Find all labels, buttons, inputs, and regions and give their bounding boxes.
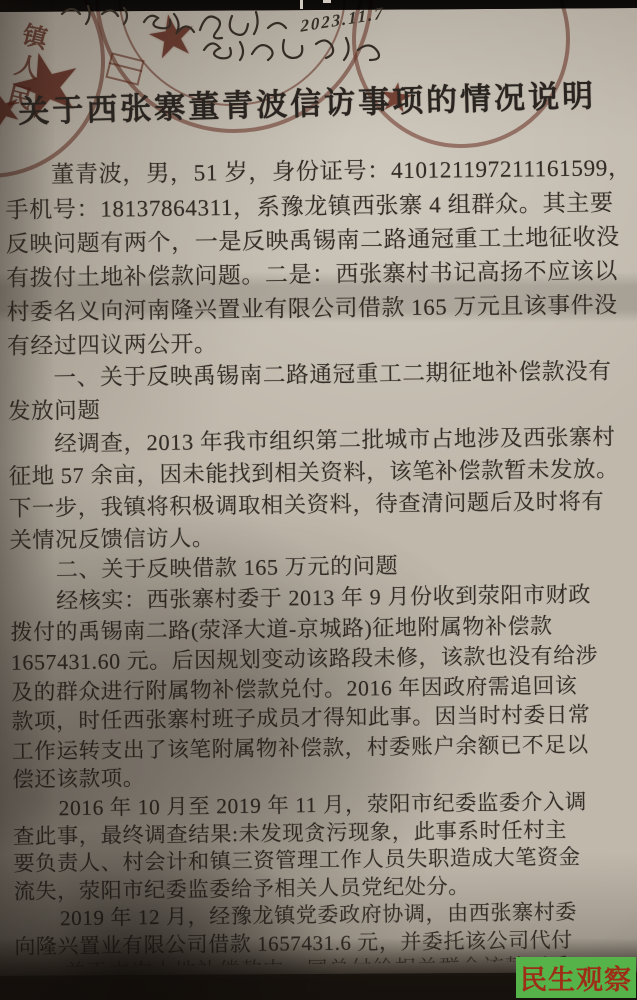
body-line: 村委名义向河南隆兴置业有限公司借款 165 万元且该事件没	[6, 286, 617, 326]
body-line: 一、关于反映禹锡南二路通冠重工二期征地补偿款没有	[53, 354, 612, 393]
document-text: 关于西张寨董青波信访事项的情况说明 董青波，男，51 岁，身份证号：410121…	[0, 0, 637, 1000]
watermark-badge: 民生观察	[516, 957, 636, 998]
body-line: 下一步，我镇将积极调取相关资料，待查清问题后及时将有	[9, 484, 605, 523]
body-line: 有经过四议两公开。	[7, 325, 218, 361]
photographed-document: ★ ★ ★ ★ 镇人民 2023.11.7 关于西张寨董青波信访事项的情况说明 …	[0, 0, 637, 1000]
body-line: 二、关于反映借款 165 万元的问题	[56, 549, 399, 584]
body-line: 偿还该款项。	[12, 762, 145, 795]
body-line: 反映问题有两个，一是反映禹锡南二路通冠重工土地征收没	[6, 218, 620, 258]
body-line: 董青波，男，51 岁，身份证号：410121197211161599，	[51, 148, 632, 189]
document-title: 关于西张寨董青波信访事项的情况说明	[18, 70, 619, 132]
body-line: 关情况反馈信访人。	[9, 520, 215, 555]
body-line: 工作运转支出了该笔附属物补偿款，村委账户余额已不足以	[12, 727, 589, 765]
body-line: 发放问题	[8, 393, 101, 426]
